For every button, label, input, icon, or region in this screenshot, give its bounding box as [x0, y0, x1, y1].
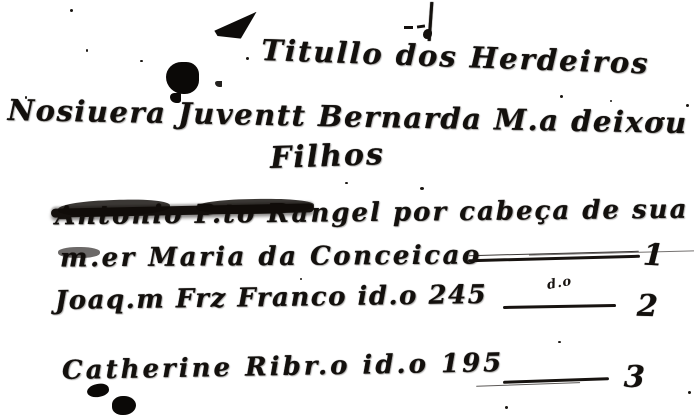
ink-blot — [166, 62, 199, 94]
ink-blot — [112, 396, 136, 415]
title-flourish — [213, 12, 259, 41]
ink-speck — [300, 278, 302, 280]
heir-3-number: 3 — [623, 360, 645, 396]
tally-dash — [503, 377, 609, 384]
ink-speck — [661, 117, 665, 120]
ink-speck — [25, 96, 27, 99]
superscript-note: d.o — [546, 274, 574, 293]
ink-speck — [70, 9, 73, 12]
section-label-filhos: Filhos — [269, 137, 385, 176]
heir-3-line: Catherine Ribr.o id.o 195 — [62, 348, 505, 386]
heir-1-number: 1 — [642, 237, 665, 273]
ink-speck — [246, 57, 249, 60]
ink-speck — [420, 187, 424, 190]
ink-speck — [560, 95, 563, 98]
ink-speck — [86, 49, 88, 52]
ink-speck — [686, 104, 689, 107]
tally-dash — [503, 304, 616, 309]
ink-blotch-small — [58, 247, 100, 258]
heir-2-line: Joaq.m Frz Franco id.o 245 — [55, 280, 488, 316]
ink-speck — [610, 100, 612, 102]
intro-line: Nosiuera Juventt Bernarda M.a deixou — [7, 93, 688, 140]
heir-2-number: 2 — [636, 289, 658, 325]
ink-speck — [505, 406, 508, 409]
heir-1-line-2: m.er Maria da Conceicao — [60, 241, 482, 274]
manuscript-page: Titullo dos Herdeiros Nosiuera Juventt B… — [0, 0, 694, 415]
cross-horizontal-stroke — [417, 24, 425, 28]
ink-speck — [688, 391, 691, 394]
ink-speck — [140, 60, 143, 62]
document-heading: Titullo dos Herdeiros — [261, 33, 650, 81]
tally-dash — [468, 255, 640, 263]
cross-horizontal-stroke — [404, 26, 413, 29]
ink-speck — [345, 182, 348, 184]
ink-speck — [558, 341, 561, 343]
